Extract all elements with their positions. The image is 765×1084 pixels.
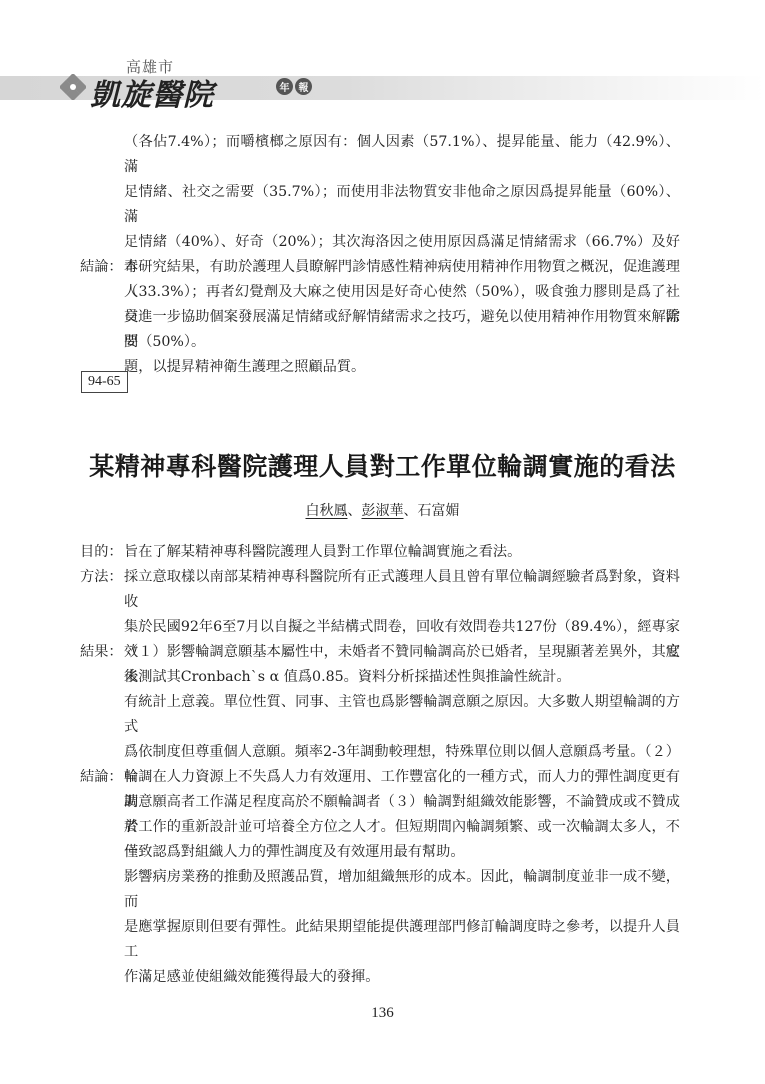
text-line: 旨在了解某精神專科醫院護理人員對工作單位輪調實施之看法。 xyxy=(124,540,680,565)
annual-report-badges: 年 報 xyxy=(276,78,312,95)
section-label: 結論： xyxy=(80,765,124,990)
article-title: 某精神專科醫院護理人員對工作單位輪調實施的看法 xyxy=(0,447,765,483)
text-line: 本研究結果，有助於護理人員瞭解門診情感性精神病使用精神作用物質之概況，促進護理人 xyxy=(124,255,680,305)
text-line: （各佔7.4%）；而嚼檳榔之原因有：個人因素（57.1%）、提昇能量、能力（42… xyxy=(124,130,680,180)
section-purpose: 目的： 旨在了解某精神專科醫院護理人員對工作單位輪調實施之看法。 xyxy=(80,540,680,565)
author-separator: 、 xyxy=(348,503,362,519)
text-line: 影響病房業務的推動及照護品質，增加組織無形的成本。因此，輪調制度並非一成不變，而 xyxy=(124,865,680,915)
page-number: 136 xyxy=(0,1005,765,1022)
text-line: 員進一步協助個案發展滿足情緒或紓解情緒需求之技巧，避免以使用精神作用物質來解除問 xyxy=(124,305,680,355)
text-line: 是應掌握原則但要有彈性。此結果期望能提供護理部門修訂輪調度時之參考，以提升人員工 xyxy=(124,915,680,965)
article-code: 94-65 xyxy=(81,371,128,393)
hospital-emblem-icon xyxy=(60,74,86,100)
article-authors: 白秋鳳、彭淑華、石富媚 xyxy=(0,500,765,520)
header-hospital-name: 凱旋醫院 xyxy=(90,70,214,114)
text-line: 作滿足感並使組織效能獲得最大的發揮。 xyxy=(124,965,680,990)
section-label: 結論： xyxy=(80,255,124,380)
author-separator: 、 xyxy=(404,503,418,519)
section-label: 目的： xyxy=(80,540,124,565)
author: 彭淑華 xyxy=(362,503,404,519)
section-conclusion: 結論： 輪調在人力資源上不失爲人力有效運用、工作豐富化的一種方式，而人力的彈性調… xyxy=(80,765,680,990)
author: 石富媚 xyxy=(418,503,460,519)
author: 白秋鳳 xyxy=(306,503,348,519)
badge-year: 年 xyxy=(276,78,293,95)
text-line: 有統計上意義。單位性質、同事、主管也爲影響輪調意願之原因。大多數人期望輪調的方式 xyxy=(124,690,680,740)
text-line: 採立意取樣以南部某精神專科醫院所有正式護理人員且曾有單位輪調經驗者爲對象，資料收 xyxy=(124,565,680,615)
badge-report: 報 xyxy=(295,78,312,95)
text-line: 題，以提昇精神衛生護理之照顧品質。 xyxy=(124,355,680,380)
text-line: 足情緒、社交之需要（35.7%）；而使用非法物質安非他命之原因爲提昇能量（60%… xyxy=(124,180,680,230)
text-line: （１）影響輪調意願基本屬性中，未婚者不贊同輪調高於已婚者，呈現顯著差異外，其它未 xyxy=(124,640,680,690)
prev-conclusion: 結論： 本研究結果，有助於護理人員瞭解門診情感性精神病使用精神作用物質之概況，促… xyxy=(80,255,680,380)
text-line: 於工作的重新設計並可培養全方位之人才。但短期間內輪調頻繁、或一次輪調太多人，不僅 xyxy=(124,815,680,865)
text-line: 輪調在人力資源上不失爲人力有效運用、工作豐富化的一種方式，而人力的彈性調度更有助 xyxy=(124,765,680,815)
